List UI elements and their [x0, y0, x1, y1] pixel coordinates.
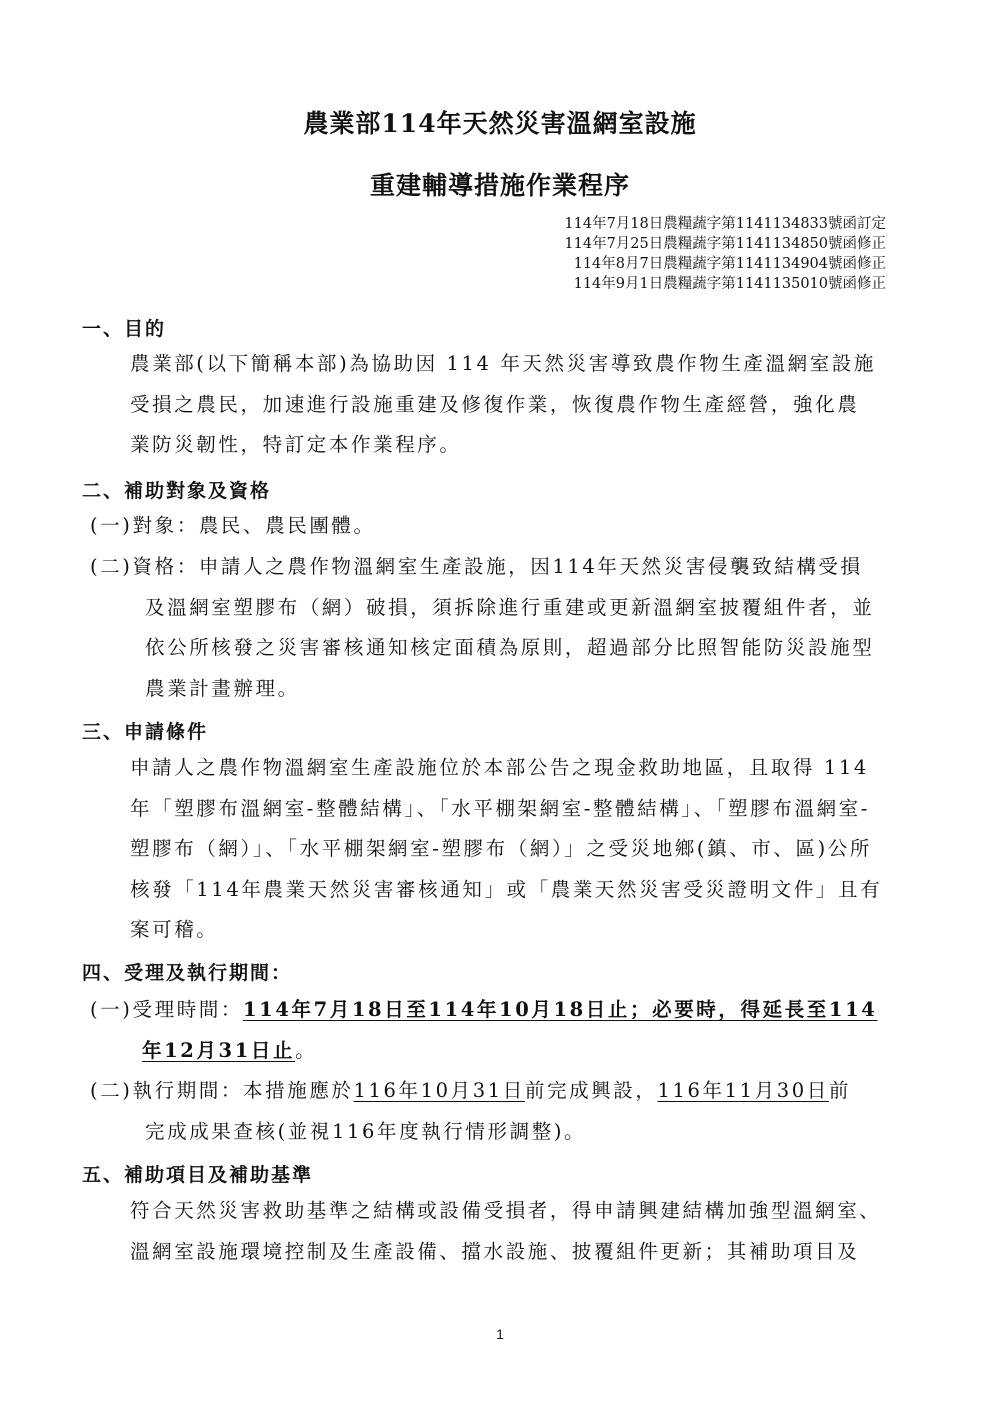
text-fragment: 前 [829, 1079, 851, 1102]
punctuation: 。 [295, 1039, 317, 1062]
text-line: 案可稽。 [130, 910, 920, 951]
inspection-deadline: 116年11月30日 [657, 1079, 828, 1102]
text-line: 年12月31日止。 [90, 1031, 920, 1072]
acceptance-period-emphasis: 114年7月18日至114年10月18日止；必要時，得延長至114 [243, 998, 877, 1021]
text-line: (二)執行期間：本措施應於116年10月31日前完成興設，116年11月30日前 [90, 1071, 920, 1112]
text-line: 農業部(以下簡稱本部)為協助因 114 年天然災害導致農作物生產溫網室設施 [130, 344, 920, 385]
document-page: 農業部114年天然災害溫網室設施 重建輔導措施作業程序 114年7月18日農糧蔬… [0, 0, 1000, 1415]
section-body-subsidy: 符合天然災害救助基準之結構或設備受損者，得申請興建結構加強型溫網室、 溫網室設施… [130, 1191, 920, 1272]
reference-line: 114年8月7日農糧蔬字第1141134904號函修正 [564, 254, 886, 274]
reference-line: 114年9月1日農糧蔬字第1141135010號函修正 [564, 274, 886, 294]
section-heading-purpose: 一、目的 [82, 314, 166, 341]
text-line: 農業計畫辦理。 [90, 669, 920, 710]
eligibility-item-qualification: (二)資格：申請人之農作物溫網室生產設施，因114年天然災害侵襲致結構受損 及溫… [90, 547, 920, 709]
period-item-acceptance: (一)受理時間：114年7月18日至114年10月18日止；必要時，得延長至11… [90, 990, 920, 1071]
execution-label: (二)執行期間：本措施應於 [90, 1079, 354, 1102]
page-number: 1 [0, 1326, 1000, 1342]
text-line: 受損之農民，加速進行設施重建及修復作業，恢復農作物生產經營，強化農 [130, 385, 920, 426]
section-heading-conditions: 三、申請條件 [82, 717, 208, 744]
text-line: (二)資格：申請人之農作物溫網室生產設施，因114年天然災害侵襲致結構受損 [90, 547, 920, 588]
document-title-line-1: 農業部114年天然災害溫網室設施 [0, 104, 1000, 140]
reference-line: 114年7月18日農糧蔬字第1141134833號函訂定 [564, 214, 886, 234]
text-line: 申請人之農作物溫網室生產設施位於本部公告之現金救助地區，且取得 114 [130, 748, 920, 789]
text-line: 塑膠布（網）」、「水平棚架網室-塑膠布（網）」之受災地鄉(鎮、市、區)公所 [130, 829, 920, 870]
eligibility-item-target: (一)對象：農民、農民團體。 [90, 506, 920, 547]
text-line: 核發「114年農業天然災害審核通知」或「農業天然災害受災證明文件」且有 [130, 870, 920, 911]
text-line: (一)受理時間：114年7月18日至114年10月18日止；必要時，得延長至11… [90, 990, 920, 1031]
section-heading-eligibility: 二、補助對象及資格 [82, 476, 271, 503]
text-line: 符合天然災害救助基準之結構或設備受損者，得申請興建結構加強型溫網室、 [130, 1191, 920, 1232]
section-heading-period: 四、受理及執行期間： [82, 958, 292, 985]
text-line: (一)對象：農民、農民團體。 [90, 506, 920, 547]
text-line: 完成成果查核(並視116年度執行情形調整)。 [90, 1112, 920, 1153]
text-line: 及溫網室塑膠布（網）破損，須拆除進行重建或更新溫網室披覆組件者，並 [90, 588, 920, 629]
section-body-conditions: 申請人之農作物溫網室生產設施位於本部公告之現金救助地區，且取得 114 年「塑膠… [130, 748, 920, 951]
period-item-execution: (二)執行期間：本措施應於116年10月31日前完成興設，116年11月30日前… [90, 1071, 920, 1152]
text-line: 年「塑膠布溫網室-整體結構」、「水平棚架網室-整體結構」、「塑膠布溫網室- [130, 789, 920, 830]
text-line: 業防災韌性，特訂定本作業程序。 [130, 425, 920, 466]
section-body-purpose: 農業部(以下簡稱本部)為協助因 114 年天然災害導致農作物生產溫網室設施 受損… [130, 344, 920, 466]
reference-line: 114年7月25日農糧蔬字第1141134850號函修正 [564, 234, 886, 254]
text-line: 溫網室設施環境控制及生產設備、擋水設施、披覆組件更新；其補助項目及 [130, 1232, 920, 1273]
construction-deadline: 116年10月31日 [354, 1079, 525, 1102]
section-heading-subsidy: 五、補助項目及補助基準 [82, 1160, 313, 1187]
text-line: 依公所核發之災害審核通知核定面積為原則，超過部分比照智能防災設施型 [90, 628, 920, 669]
reference-list: 114年7月18日農糧蔬字第1141134833號函訂定 114年7月25日農糧… [564, 214, 886, 294]
acceptance-period-emphasis-end: 年12月31日止 [142, 1039, 295, 1062]
text-fragment: 前完成興設， [525, 1079, 658, 1102]
document-title-line-2: 重建輔導措施作業程序 [0, 166, 1000, 202]
acceptance-label: (一)受理時間： [90, 998, 243, 1021]
